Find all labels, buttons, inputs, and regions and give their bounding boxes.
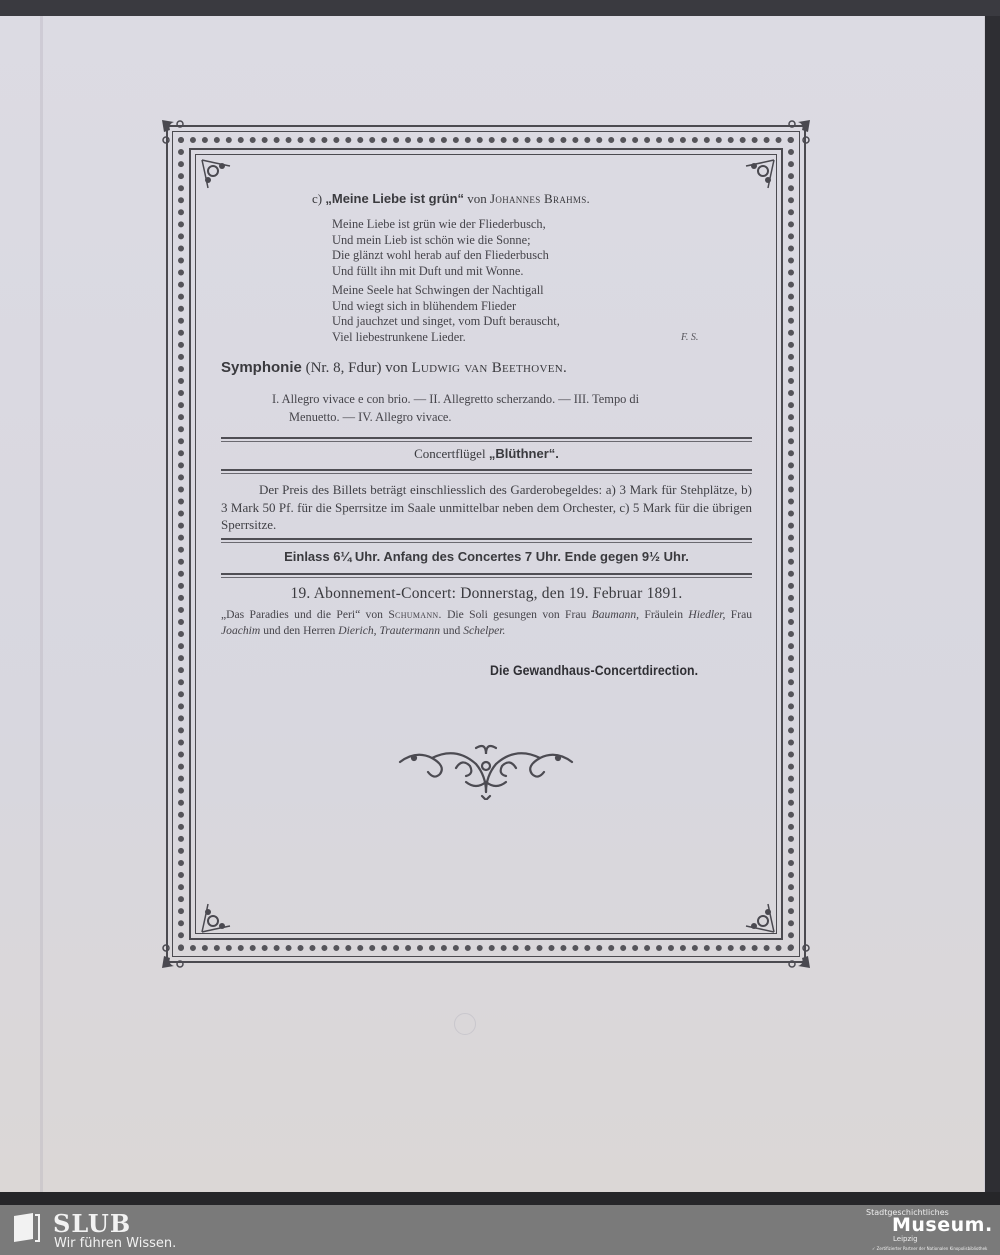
scan-background-right (985, 16, 1000, 1206)
divider-rule (221, 437, 752, 442)
divider-rule (221, 538, 752, 543)
poem-line: Meine Liebe ist grün wie der Fliederbusc… (332, 217, 549, 233)
work-title: „Das Paradies und die Peri“ von (221, 608, 383, 621)
poem-line: Viel liebestrunkene Lieder. (332, 330, 560, 346)
slub-book-icon[interactable] (13, 1213, 40, 1243)
symphony-movements: I. Allegro vivace e con brio. — II. Alle… (272, 390, 752, 426)
singer-name: Trautermann (379, 624, 440, 637)
song-composer: Johannes Brahms. (490, 191, 590, 206)
inner-corner-ornament-icon (200, 158, 240, 198)
concert-times: Einlass 6¼ Uhr. Anfang des Concertes 7 U… (221, 549, 752, 564)
singer-name: Dierich, (338, 624, 376, 637)
divider-rule (221, 573, 752, 578)
corner-ornament-icon (772, 930, 812, 970)
inner-corner-ornament-icon (736, 894, 776, 934)
next-concert-details: „Das Paradies und die Peri“ von Schumann… (221, 607, 752, 639)
piano-notice: Concertflügel „Blüthner“. (221, 446, 752, 462)
poem-line: Und mein Lieb ist schön wie die Sonne; (332, 233, 549, 249)
poem-stanza-2: Meine Seele hat Schwingen der Nachtigall… (332, 283, 560, 345)
museum-certification-note: ✓ Zertifizierter Partner der Nationalen … (872, 1246, 987, 1251)
singer-name: Baumann, (592, 608, 639, 621)
symphony-title: Symphonie (Nr. 8, Fdur) von Ludwig van B… (221, 359, 567, 377)
decorative-flourish-icon (396, 740, 576, 800)
signature: Die Gewandhaus-Concertdirection. (490, 662, 698, 678)
song-by: von (467, 191, 487, 206)
museum-city: Leipzig (893, 1235, 918, 1243)
song-name: „Meine Liebe ist grün“ (325, 191, 464, 206)
slub-logo-text[interactable]: SLUB (53, 1209, 131, 1238)
symphony-name: Symphonie (221, 359, 302, 376)
corner-ornament-icon (160, 930, 200, 970)
conjunction: und (443, 624, 460, 637)
movements-line: Menuetto. — IV. Allegro vivace. (272, 408, 752, 426)
poem-line: Die glänzt wohl herab auf den Fliederbus… (332, 248, 549, 264)
footer-bar: SLUB Wir führen Wissen. Stadtgeschichtli… (0, 1205, 1000, 1255)
singer-title: Fräulein (644, 608, 683, 621)
poem-line: Und füllt ihn mit Duft und mit Wonne. (332, 264, 549, 280)
inner-corner-ornament-icon (736, 158, 776, 198)
inner-corner-ornament-icon (200, 894, 240, 934)
corner-ornament-icon (160, 118, 200, 158)
piano-brand: „Blüthner“. (489, 446, 559, 461)
work-composer: Schumann. (388, 608, 441, 621)
symphony-composer: Ludwig van Beethoven. (411, 360, 567, 376)
poem-author-initials: F. S. (681, 332, 698, 343)
page-fold (40, 16, 43, 1192)
piano-prefix: Concertflügel (414, 446, 485, 461)
movements-line: I. Allegro vivace e con brio. — II. Alle… (272, 390, 752, 408)
poem-stanza-1: Meine Liebe ist grün wie der Fliederbusc… (332, 217, 549, 279)
singer-title: und den Herren (263, 624, 335, 637)
singer-name: Hiedler, (688, 608, 725, 621)
scan-background-top (0, 0, 1000, 16)
soli-intro: Die Soli gesungen von Frau (447, 608, 586, 621)
song-label: c) (312, 191, 322, 206)
poem-line: Und wiegt sich in blühendem Flieder (332, 299, 560, 315)
divider-rule (221, 469, 752, 474)
scan-background-bottom (0, 1192, 1000, 1205)
next-concert-heading: 19. Abonnement-Concert: Donnerstag, den … (221, 585, 752, 603)
symphony-detail: (Nr. 8, Fdur) (306, 360, 382, 376)
song-title: c) „Meine Liebe ist grün“ von Johannes B… (312, 191, 590, 207)
poem-line: Und jauchzet und singet, vom Duft beraus… (332, 314, 560, 330)
singer-name: Schelper. (463, 624, 505, 637)
singer-title: Frau (731, 608, 752, 621)
poem-line: Meine Seele hat Schwingen der Nachtigall (332, 283, 560, 299)
singer-name: Joachim (221, 624, 260, 637)
corner-ornament-icon (772, 118, 812, 158)
slub-tagline: Wir führen Wissen. (54, 1236, 176, 1251)
paper-watermark (454, 1013, 476, 1035)
ticket-prices: Der Preis des Billets beträgt einschlies… (221, 481, 752, 534)
symphony-by: von (385, 360, 408, 376)
museum-logo-text[interactable]: Museum. (892, 1214, 993, 1236)
